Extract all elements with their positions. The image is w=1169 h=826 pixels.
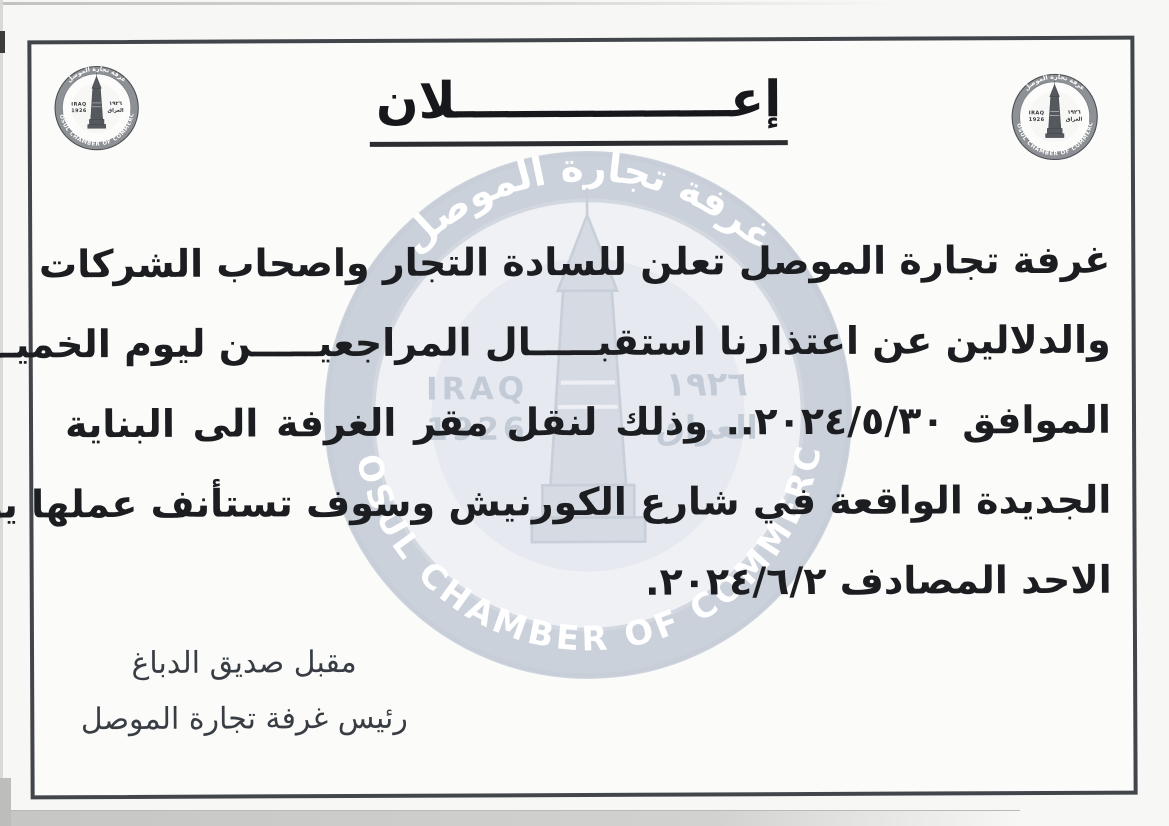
scan-mark-bottom-left [0, 778, 11, 826]
signatory-name: مقبل صديق الدباغ [74, 635, 414, 692]
announcement-body: غرفة تجارة الموصل تعلن للسادة التجار واص… [64, 220, 1112, 625]
document-border-frame: غرفة تجارة الموصل MOSUL CHAMBER OF COMME… [27, 36, 1137, 800]
body-line-1: غرفة تجارة الموصل تعلن للسادة التجار واص… [64, 220, 1110, 305]
title-block: إعــــــــــــــــلان [328, 67, 828, 147]
seal-country-ar: العراق [1066, 117, 1083, 123]
seal-year-ar: ١٩٢٦ [109, 101, 123, 107]
seal-year-en: 1926 [1029, 117, 1045, 123]
scan-edge-bottom [0, 810, 1020, 826]
seal-year-en: 1926 [71, 108, 87, 114]
body-line-4: الجديدة الواقعة في شارع الكورنيش وسوف تس… [65, 460, 1111, 545]
seal-country-en: IRAQ [1029, 110, 1045, 116]
chamber-seal-left: غرفة تجارة الموصل MOSUL CHAMBER OF COMME… [53, 65, 139, 151]
seal-country-ar: العراق [107, 108, 123, 114]
scan-edge-top [0, 2, 900, 5]
page-title: إعــــــــــــــــلان [370, 67, 788, 147]
body-line-2: والدلالين عن اعتذارنا استقبـــــال المرا… [65, 300, 1111, 385]
body-line-3: الموافق ٢٠٢٤/٥/٣٠.. وذلك لنقل مقر الغرفة… [65, 380, 1111, 465]
chamber-seal-right: غرفة تجارة الموصل MOSUL CHAMBER OF COMME… [1011, 73, 1099, 161]
seal-year-ar: ١٩٢٦ [1067, 110, 1081, 116]
signature-block: مقبل صديق الدباغ رئيس غرفة تجارة الموصل [74, 635, 414, 748]
seal-country-en: IRAQ [71, 102, 86, 108]
scan-edge-left [0, 0, 3, 826]
scan-mark-left [0, 31, 5, 53]
signatory-role: رئيس غرفة تجارة الموصل [74, 691, 414, 748]
body-line-5: الاحد المصادف ٢٠٢٤/٦/٢. [66, 540, 1112, 625]
scanned-announcement-page: غرفة تجارة الموصل MOSUL CHAMBER OF COMME… [0, 0, 1169, 826]
